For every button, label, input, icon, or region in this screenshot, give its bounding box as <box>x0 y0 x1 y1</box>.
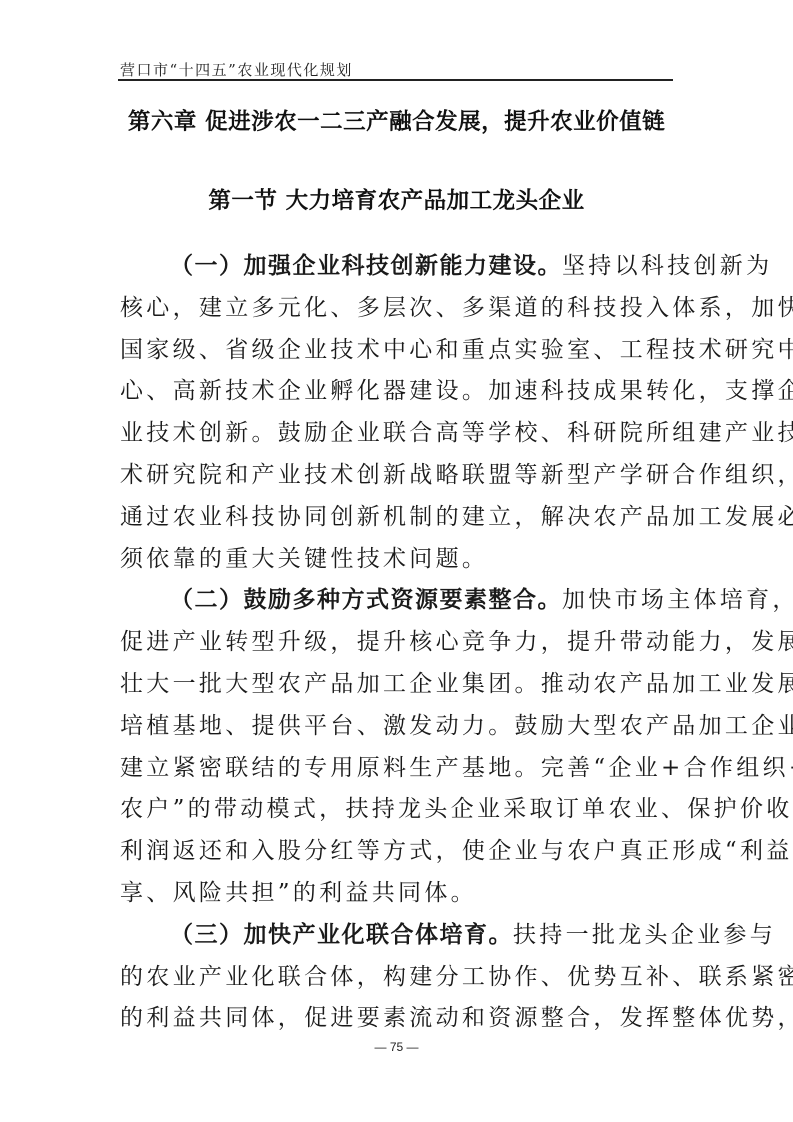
running-header: 营口市“十四五”农业现代化规划 <box>120 62 673 78</box>
paragraph-line: 享、风险共担”的利益共同体。 <box>120 873 675 915</box>
paragraph-line: 壮大一批大型农产品加工企业集团。推动农产品加工业发展 <box>120 664 675 706</box>
paragraph-line: 农户”的带动模式，扶持龙头企业采取订单农业、保护价收购、 <box>120 789 675 831</box>
paragraph-line: 建立紧密联结的专用原料生产基地。完善“企业+合作组织+ <box>120 748 675 790</box>
paragraph-first-line: （二）鼓励多种方式资源要素整合。加快市场主体培育， <box>120 580 675 622</box>
paragraph-heading: （一）加强企业科技创新能力建设。 <box>170 253 562 279</box>
paragraph-line: 术研究院和产业技术创新战略联盟等新型产学研合作组织， <box>120 455 675 497</box>
paragraph-line: 的农业产业化联合体，构建分工协作、优势互补、联系紧密 <box>120 957 675 999</box>
paragraph-text: 扶持一批龙头企业参与 <box>513 922 776 948</box>
paragraph-line: 培植基地、提供平台、激发动力。鼓励大型农产品加工企业 <box>120 706 675 748</box>
body-text: （一）加强企业科技创新能力建设。坚持以科技创新为 核心，建立多元化、多层次、多渠… <box>120 246 675 1040</box>
chapter-title: 第六章 促进涉农一二三产融合发展，提升农业价值链 <box>0 108 793 136</box>
paragraph-3: （三）加快产业化联合体培育。扶持一批龙头企业参与 的农业产业化联合体，构建分工协… <box>120 915 675 1040</box>
paragraph-first-line: （三）加快产业化联合体培育。扶持一批龙头企业参与 <box>120 915 675 957</box>
paragraph-heading: （二）鼓励多种方式资源要素整合。 <box>170 587 562 613</box>
paragraph-text: 坚持以科技创新为 <box>562 253 772 279</box>
document-page: 营口市“十四五”农业现代化规划 第六章 促进涉农一二三产融合发展，提升农业价值链… <box>0 0 793 1122</box>
section-title: 第一节 大力培育农产品加工龙头企业 <box>0 187 793 215</box>
paragraph-text: 加快市场主体培育， <box>562 587 793 613</box>
paragraph-line: 核心，建立多元化、多层次、多渠道的科技投入体系，加快 <box>120 288 675 330</box>
paragraph-first-line: （一）加强企业科技创新能力建设。坚持以科技创新为 <box>120 246 675 288</box>
paragraph-line: 业技术创新。鼓励企业联合高等学校、科研院所组建产业技 <box>120 413 675 455</box>
paragraph-line: 通过农业科技协同创新机制的建立，解决农产品加工发展必 <box>120 497 675 539</box>
paragraph-line: 的利益共同体，促进要素流动和资源整合，发挥整体优势， <box>120 998 675 1040</box>
paragraph-heading: （三）加快产业化联合体培育。 <box>170 922 513 948</box>
paragraph-line: 心、高新技术企业孵化器建设。加速科技成果转化，支撑企 <box>120 371 675 413</box>
paragraph-line: 国家级、省级企业技术中心和重点实验室、工程技术研究中 <box>120 330 675 372</box>
paragraph-line: 促进产业转型升级，提升核心竞争力，提升带动能力，发展 <box>120 622 675 664</box>
page-number: — 75 — <box>0 1040 793 1054</box>
paragraph-1: （一）加强企业科技创新能力建设。坚持以科技创新为 核心，建立多元化、多层次、多渠… <box>120 246 675 580</box>
header-divider <box>118 79 673 81</box>
paragraph-line: 利润返还和入股分红等方式，使企业与农户真正形成“利益共 <box>120 831 675 873</box>
paragraph-line: 须依靠的重大关键性技术问题。 <box>120 539 675 581</box>
paragraph-2: （二）鼓励多种方式资源要素整合。加快市场主体培育， 促进产业转型升级，提升核心竞… <box>120 580 675 914</box>
